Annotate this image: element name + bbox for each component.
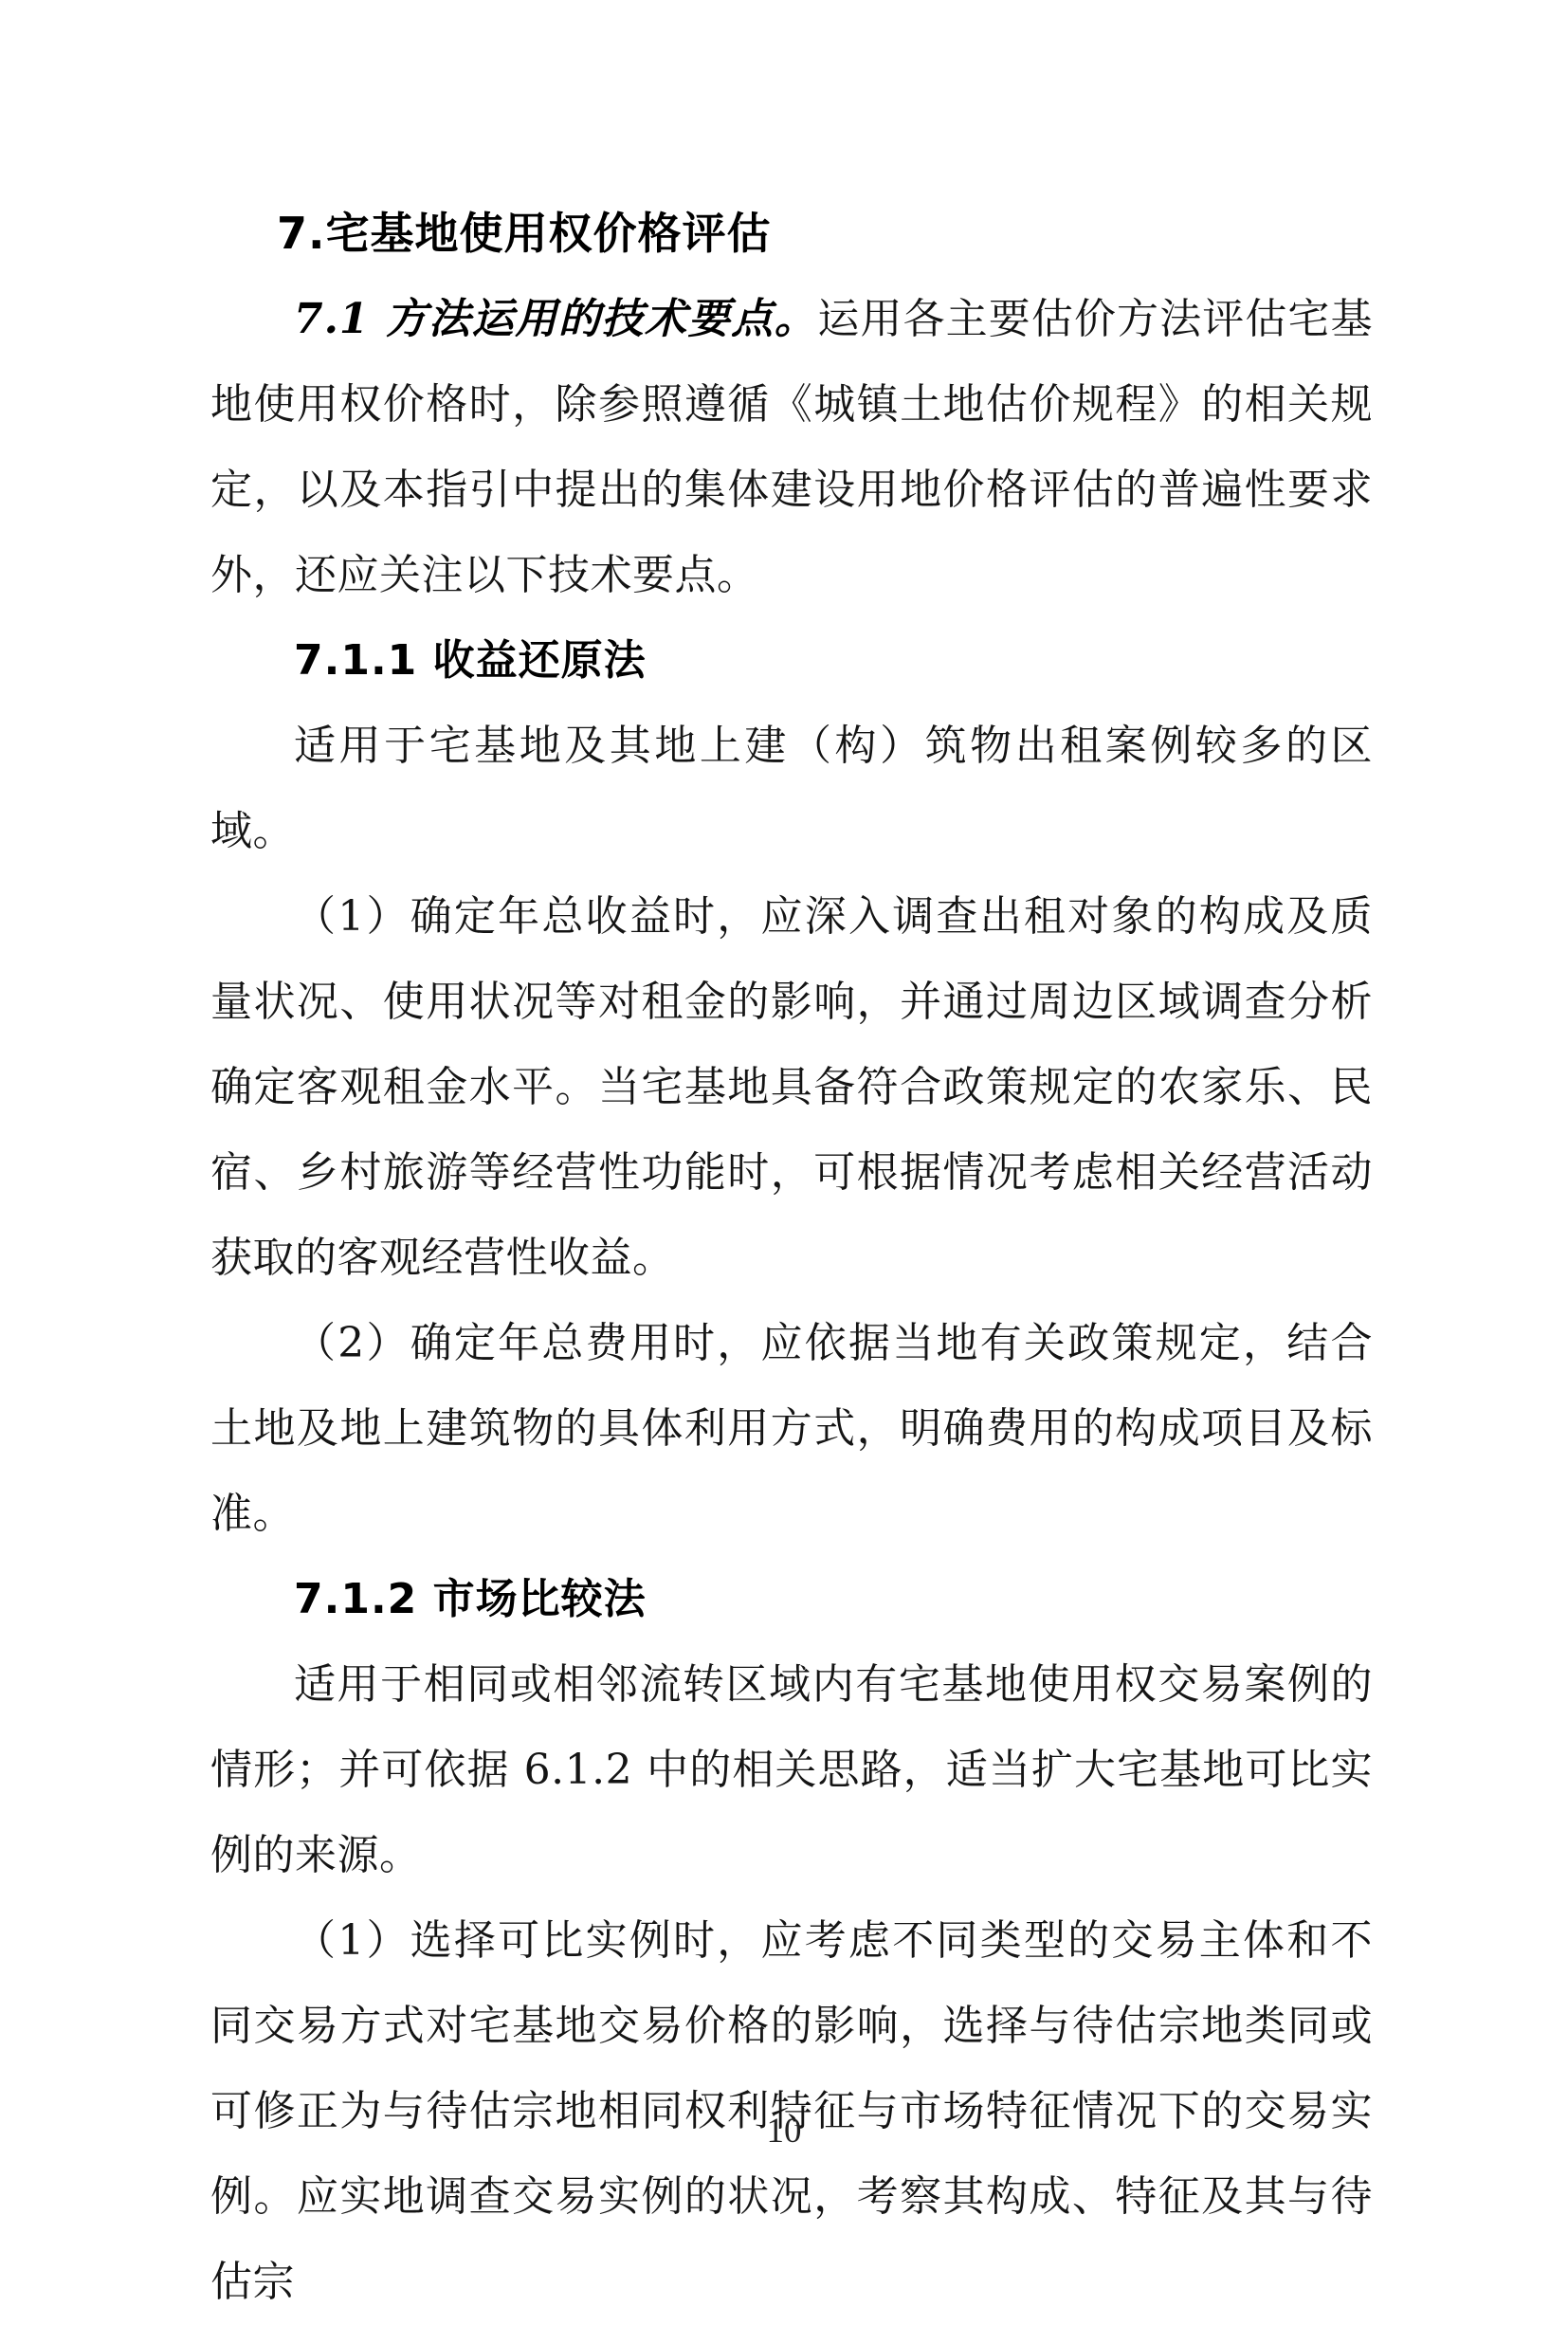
paragraph-income-item-2: （2）确定年总费用时，应依据当地有关政策规定，结合土地及地上建筑物的具体利用方式… (210, 1301, 1373, 1557)
heading-7-1-2: 7.1.2 市场比较法 (210, 1557, 1373, 1642)
section-7-title: 7.宅基地使用权价格评估 (210, 190, 1373, 277)
paragraph-income-intro: 适用于宅基地及其地上建（构）筑物出租案例较多的区域。 (210, 704, 1373, 874)
page-number: 10 (0, 2111, 1568, 2151)
heading-7-1-1: 7.1.1 收益还原法 (210, 618, 1373, 704)
document-body: 7.宅基地使用权价格评估 7.1 方法运用的技术要点。运用各主要估价方法评估宅基… (210, 190, 1373, 2325)
paragraph-income-item-1: （1）确定年总收益时，应深入调查出租对象的构成及质量状况、使用状况等对租金的影响… (210, 874, 1373, 1301)
paragraph-market-intro: 适用于相同或相邻流转区域内有宅基地使用权交易案例的情形；并可依据 6.1.2 中… (210, 1642, 1373, 1898)
document-page: { "page": { "title": "7.宅基地使用权价格评估", "fo… (0, 0, 1568, 2218)
run-in-heading-7-1: 7.1 方法运用的技术要点。 (294, 295, 817, 343)
paragraph-7-1: 7.1 方法运用的技术要点。运用各主要估价方法评估宅基地使用权价格时，除参照遵循… (210, 277, 1373, 618)
